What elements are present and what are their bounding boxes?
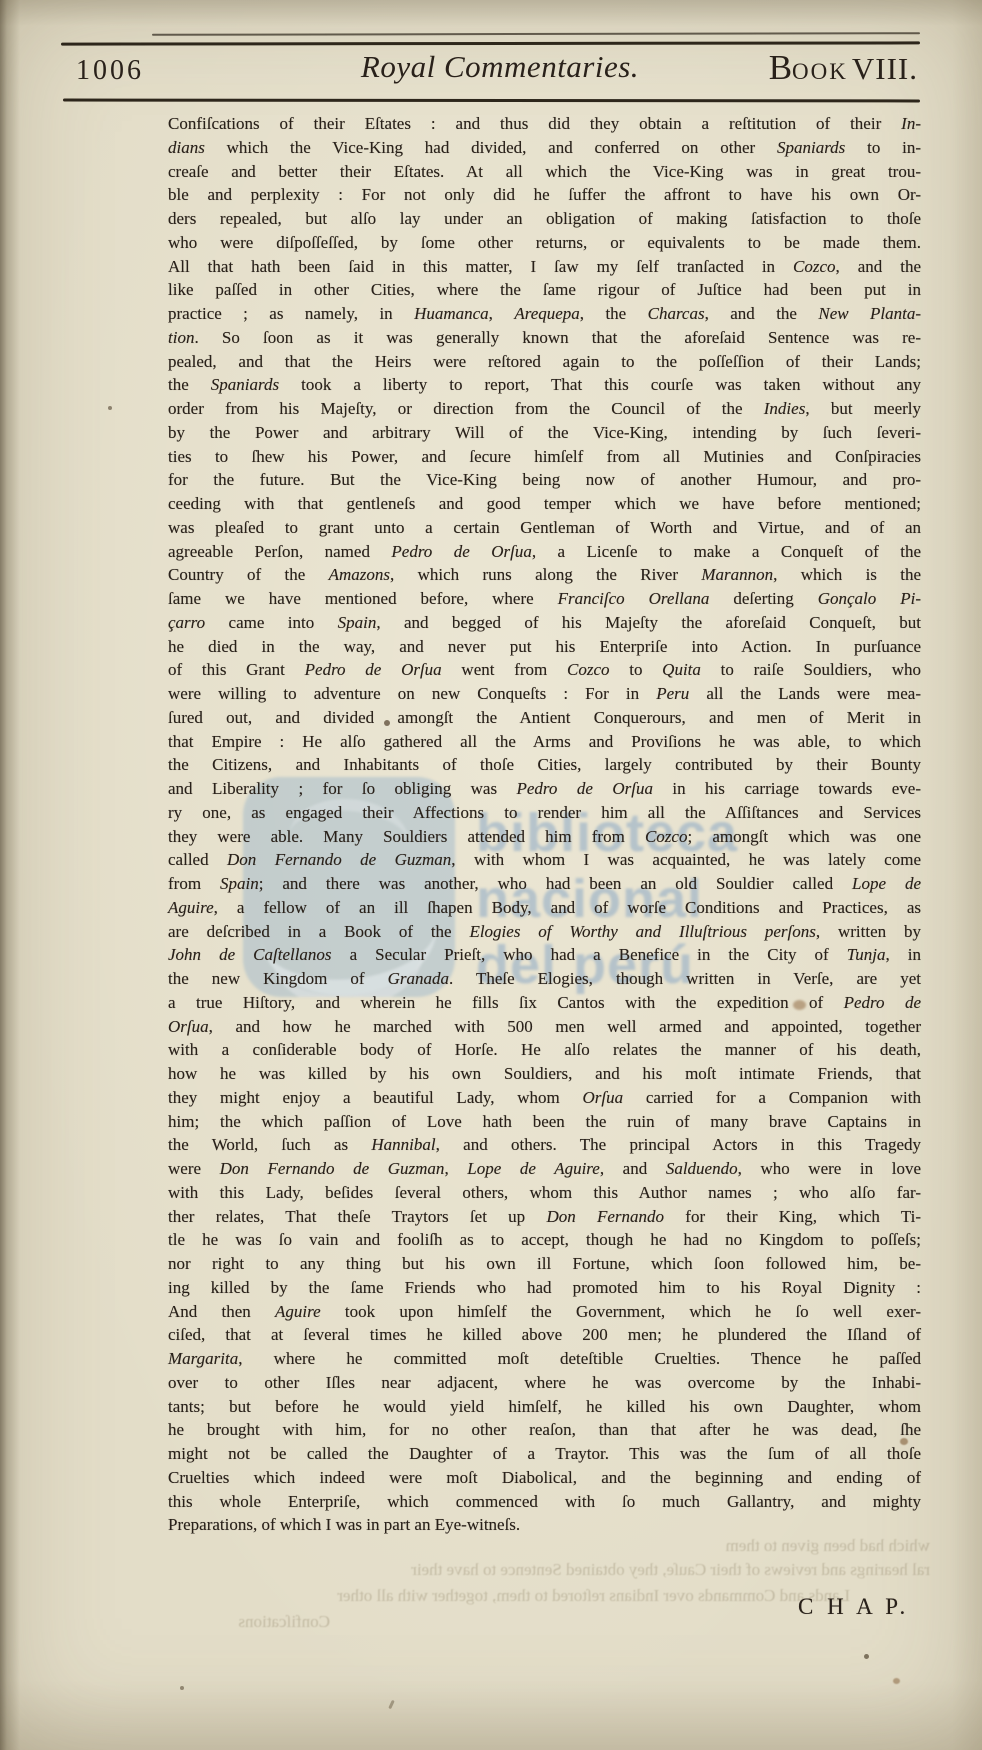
bleedthrough-line: which had been given to them [330,1536,930,1556]
book-page: 1006 Royal Commentaries. Book VIII. bibl… [0,0,982,1750]
book-numeral: VIII. [852,51,918,86]
body-line: this whole Enterpriſe, which commenced w… [168,1490,921,1514]
body-line: All that hath been ſaid in this matter, … [168,255,921,279]
body-line: ry one, as engaged their Affections to r… [168,801,921,825]
body-line: that Empire : He alſo gathered all the A… [168,730,921,754]
paper-speck [108,406,112,410]
body-line: with this Lady, beſides ſeveral others, … [168,1181,921,1205]
body-line: for the future. But the Vice-King being … [168,468,921,492]
header-rule-bottom [63,99,920,103]
running-title: Royal Commentaries. [300,49,700,85]
body-line: dians which the Vice-King had divided, a… [168,136,921,160]
body-line: might not be called the Daughter of a Tr… [168,1442,921,1466]
paper-stain [893,1678,900,1684]
bleedthrough-line: Confiſcations [150,1612,330,1632]
body-line: are deſcribed in a Book of the Elogies o… [168,920,921,944]
body-line: Cruelties which indeed were moſt Diaboli… [168,1466,921,1490]
body-line: with a conſiderable body of Horſe. He al… [168,1038,921,1062]
body-line: ble and perplexity : For not only did he… [168,183,921,207]
body-line: the World, ſuch as Hannibal, and others.… [168,1133,921,1157]
body-line: ties to ſhew his Power, and ſecure himſe… [168,445,921,469]
paper-stain [793,1000,806,1010]
body-line: Country of the Amazons, which runs along… [168,563,921,587]
body-line: of this Grant Pedro de Orſua went from C… [168,658,921,682]
body-line: agreeable Perſon, named Pedro de Orſua, … [168,540,921,564]
body-line: ſame we have mentioned before, where Fra… [168,587,921,611]
body-line: him; the which paſſion of Love hath been… [168,1110,921,1134]
paper-speck [384,720,390,726]
body-line: Preparations, of which I was in part an … [168,1513,921,1537]
book-label-initial: B [769,48,792,87]
body-line: he brought with him, for no other reaſon… [168,1418,921,1442]
body-line: creaſe and better their Eſtates. At all … [168,160,921,184]
body-line: they might enjoy a beautiful Lady, whom … [168,1086,921,1110]
body-line: who were diſpoſſeſſed, by ſome other ret… [168,231,921,255]
page-number: 1006 [76,55,144,87]
body-line: from Spain; and there was another, who h… [168,872,921,896]
body-line: tants; but before he would yield himſelf… [168,1395,921,1419]
body-line: ther relates, That theſe Traytors ſet up… [168,1205,921,1229]
paper-speck [864,1654,869,1659]
body-line: how he was killed by his own Souldiers, … [168,1062,921,1086]
body-line: they were able. Many Souldiers attended … [168,825,921,849]
body-line: were willing to adventure on new Conqueſ… [168,682,921,706]
body-line: John de Caſtellanos a Secular Prieſt, wh… [168,943,921,967]
body-line: the new Kingdom of Granada. Theſe Elogie… [168,967,921,991]
body-line: tion. So ſoon as it was generally known … [168,326,921,350]
body-line: Orſua, and how he marched with 500 men w… [168,1015,921,1039]
catchword: C H A P. [798,1594,909,1620]
body-line: practice ; as namely, in Huamanca, Arequ… [168,302,921,326]
header-rule-top [61,41,920,45]
body-line: ing killed by the ſame Friends who had p… [168,1276,921,1300]
paper-stain [900,1438,908,1445]
body-line: Margarita, where he committed moſt deteſ… [168,1347,921,1371]
bleedthrough-line: Lands and Commands over Indians reſtored… [150,1586,850,1606]
body-line: ſured out, and divided amongſt the Antie… [168,706,921,730]
body-line: Confiſcations of their Eſtates : and thu… [168,112,921,136]
book-label: Book VIII. [769,48,918,88]
body-line: And then Aguire took upon himſelf the Go… [168,1300,921,1324]
body-line: pealed, and that the Heirs were reſtored… [168,350,921,374]
body-line: the Spaniards took a liberty to report, … [168,373,921,397]
book-label-rest: ook [792,59,848,84]
body-line: the Citizens, and Inhabitants of thoſe C… [168,753,921,777]
body-line: ders repealed, but alſo lay under an obl… [168,207,921,231]
body-line: like paſſed in other Cities, where the ſ… [168,278,921,302]
body-line: called Don Fernando de Guzman, with whom… [168,848,921,872]
body-line: ceeding with that gentleneſs and good te… [168,492,921,516]
body-line: was pleaſed to grant unto a certain Gent… [168,516,921,540]
body-line: he died in the way, and never put his En… [168,635,921,659]
bleedthrough-line: ral hearings and reviews of their Cauſe,… [150,1560,930,1580]
header-rule-upper [152,32,920,36]
body-line: Aguire, a fellow of an ill ſhapen Body, … [168,896,921,920]
body-line: çarro came into Spain, and begged of his… [168,611,921,635]
body-line: tle he was ſo vain and fooliſh as to acc… [168,1228,921,1252]
paper-speck [180,1686,184,1690]
body-line: a true Hiſtory, and wherein he fills ſix… [168,991,921,1015]
body-line: were Don Fernando de Guzman, Lope de Agu… [168,1157,921,1181]
body-text: Confiſcations of their Eſtates : and thu… [168,112,921,1537]
body-line: over to other Iſles near adjacent, where… [168,1371,921,1395]
body-line: and Liberality ; for ſo obliging was Ped… [168,777,921,801]
body-line: ciſed, that at ſeveral times he killed a… [168,1323,921,1347]
paper-speck [388,1700,395,1709]
body-line: order from his Majeſty, or direction fro… [168,397,921,421]
body-line: by the Power and arbitrary Will of the V… [168,421,921,445]
body-line: nor right to any thing but his own ill F… [168,1252,921,1276]
